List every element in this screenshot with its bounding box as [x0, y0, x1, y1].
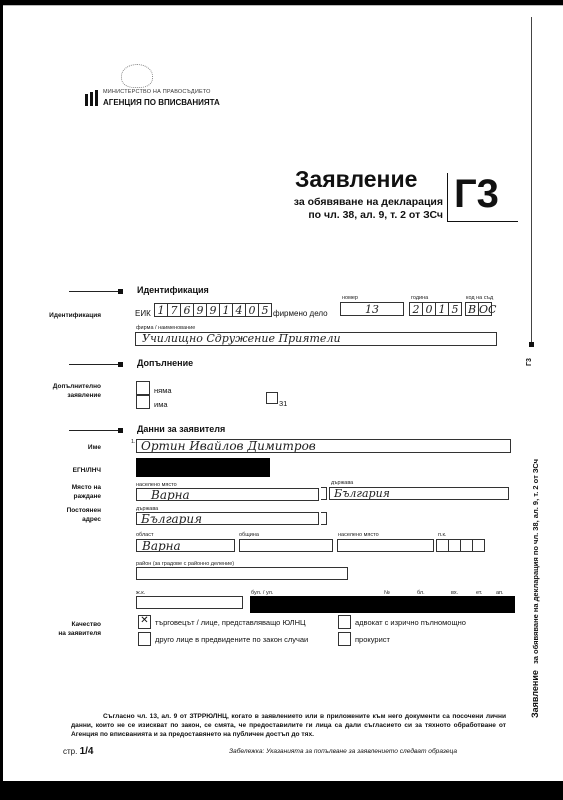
capacity-label-2: на заявителя	[31, 629, 101, 638]
year-cell[interactable]: 2	[409, 302, 423, 316]
eik-cell[interactable]: 1	[154, 303, 168, 317]
eik-cell[interactable]: 9	[206, 303, 220, 317]
form-subtitle-2: по чл. 38, ал. 9, т. 2 от ЗСч	[253, 209, 443, 221]
supplement-none-checkbox[interactable]	[136, 381, 150, 395]
address-label-1: Постоянен	[31, 506, 101, 515]
case-number-field[interactable]: 13	[340, 302, 404, 316]
court-code-cell[interactable]: В	[465, 302, 479, 316]
capacity-option-label: друго лице в предвидените по закон случа…	[155, 635, 308, 644]
company-case-label: фирмено дело	[273, 309, 328, 318]
municipality-caption: община	[239, 532, 259, 538]
capacity-option-label: адвокат с изрично пълномощно	[355, 618, 466, 627]
field-31-label: 31	[279, 399, 287, 408]
egn-label: ЕГН/ЛНЧ	[31, 466, 101, 475]
supplement-has-label: има	[154, 400, 168, 409]
postcode-cell[interactable]	[472, 539, 485, 552]
eik-cell[interactable]: 0	[245, 303, 259, 317]
side-title-rest: за обявяване на декларация по чл. 38, ал…	[531, 459, 540, 664]
birth-country-caption: държава	[331, 480, 353, 486]
section-marker-icon	[118, 428, 123, 433]
court-code-caption: код на съд	[466, 295, 493, 301]
capacity-checkbox-checked[interactable]: ✕	[138, 615, 151, 629]
birth-extra-field[interactable]	[321, 487, 327, 500]
capacity-checkbox[interactable]	[138, 632, 151, 646]
supplement-label-2: заявление	[31, 391, 101, 400]
address-country-field[interactable]: България	[136, 512, 319, 525]
address-label-2: адрес	[31, 515, 101, 524]
year-caption: година	[411, 295, 428, 301]
year-cell[interactable]: 1	[435, 302, 449, 316]
name-field[interactable]: Ортин Ивайлов Димитров	[136, 439, 511, 453]
firm-name-field[interactable]: Училищно Сдружение Приятели	[135, 332, 497, 346]
street-address-redacted	[250, 596, 515, 613]
section-applicant-title: Данни за заявителя	[137, 424, 225, 434]
year-cell[interactable]: 5	[448, 302, 462, 316]
footer-note: Забележка: Указанията за попълване за за…	[229, 748, 457, 755]
coat-of-arms-icon	[121, 64, 153, 88]
side-marker-icon	[529, 342, 534, 347]
page-number: стр. 1/4	[63, 746, 93, 757]
district-field[interactable]	[136, 567, 348, 580]
birthplace-label-2: раждане	[31, 492, 101, 501]
postcode-caption: п.к.	[438, 532, 446, 538]
section-supplement-title: Допълнение	[137, 358, 193, 368]
form-subtitle-1: за обявяване на декларация	[253, 196, 443, 208]
section-identification-title: Идентификация	[137, 285, 209, 295]
privacy-notice: Съгласно чл. 13, ал. 9 от ЗТРРЮЛНЦ, кога…	[71, 712, 506, 739]
ministry-name: МИНИСТЕРСТВО НА ПРАВОСЪДИЕТО	[103, 89, 211, 95]
side-code: Г3	[526, 358, 533, 366]
supplement-has-checkbox[interactable]	[136, 395, 150, 409]
agency-name: АГЕНЦИЯ ПО ВПИСВАНИЯТА	[103, 98, 220, 107]
capacity-option-label: прокурист	[355, 635, 390, 644]
page-label: стр.	[63, 747, 77, 756]
identification-label: Идентификация	[31, 311, 101, 320]
capacity-checkbox[interactable]	[338, 615, 351, 629]
complex-field[interactable]	[136, 596, 243, 609]
name-index: 1.	[131, 439, 136, 445]
supplement-none-label: няма	[154, 386, 172, 395]
year-cell[interactable]: 0	[422, 302, 436, 316]
capacity-checkbox[interactable]	[338, 632, 351, 646]
birth-country-field[interactable]: България	[329, 487, 509, 500]
settlement-caption: населено място	[338, 532, 379, 538]
section-marker-icon	[118, 289, 123, 294]
section-rule	[69, 364, 119, 365]
eik-cell[interactable]: 7	[167, 303, 181, 317]
field-31-checkbox[interactable]	[266, 392, 278, 404]
supplement-label-1: Допълнително	[31, 382, 101, 391]
agency-logo-icon	[85, 90, 99, 106]
region-field[interactable]: Варна	[136, 539, 235, 552]
case-number-caption: номер	[342, 295, 358, 301]
firm-name-caption: фирма / наименование	[136, 325, 195, 331]
name-label: Име	[31, 443, 101, 452]
court-code-cell[interactable]: ОС	[478, 302, 492, 316]
section-rule	[69, 291, 119, 292]
birth-settlement-field[interactable]: Варна	[136, 488, 319, 501]
capacity-option-label: търговецът / лице, представляващо ЮЛНЦ	[155, 618, 306, 627]
section-marker-icon	[118, 362, 123, 367]
form-code: Г3	[454, 170, 499, 218]
eik-label: ЕИК	[135, 309, 151, 318]
address-extra-field[interactable]	[321, 512, 327, 525]
eik-cell[interactable]: 4	[232, 303, 246, 317]
eik-cell[interactable]: 1	[219, 303, 233, 317]
capacity-label-1: Качество	[31, 620, 101, 629]
region-caption: област	[136, 532, 154, 538]
side-title-bold: Заявление	[530, 670, 540, 718]
settlement-field[interactable]	[337, 539, 434, 552]
side-rule	[531, 17, 532, 347]
page-value: 1/4	[80, 746, 94, 757]
form-page: МИНИСТЕРСТВО НА ПРАВОСЪДИЕТО АГЕНЦИЯ ПО …	[3, 5, 563, 781]
eik-cell[interactable]: 6	[180, 303, 194, 317]
birthplace-label-1: Място на	[31, 483, 101, 492]
egn-redacted	[136, 458, 270, 477]
eik-cell[interactable]: 5	[258, 303, 272, 317]
section-rule	[69, 430, 119, 431]
side-title: Заявление за обявяване на декларация по …	[530, 459, 540, 718]
eik-cell[interactable]: 9	[193, 303, 207, 317]
form-title: Заявление	[295, 166, 417, 193]
municipality-field[interactable]	[239, 539, 333, 552]
